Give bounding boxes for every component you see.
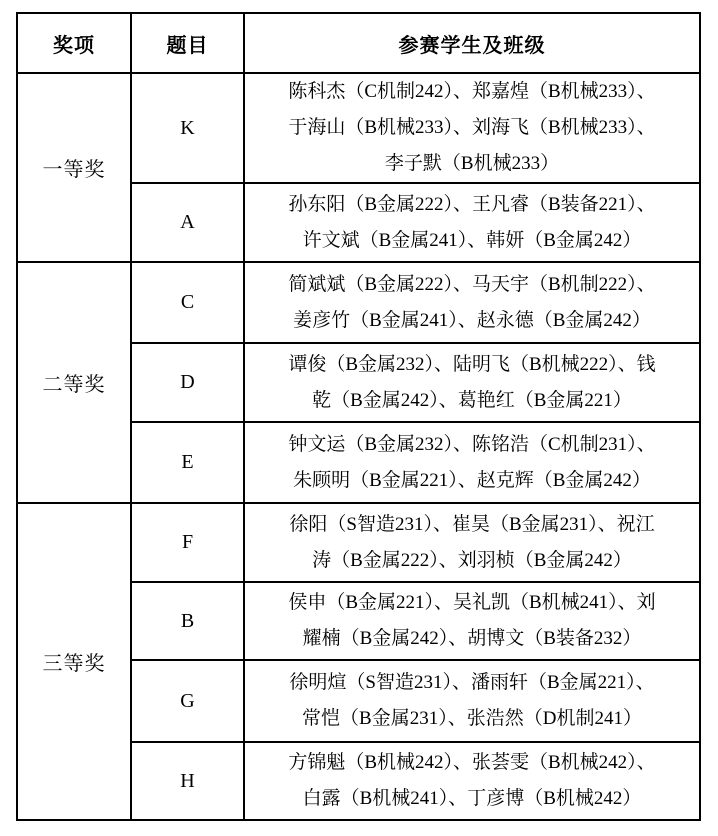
award-results-table: 奖项 题目 参赛学生及班级 一等奖 K 陈科杰（C机制242）、郑嘉煌（B机械2…	[16, 12, 701, 821]
topic-cell: E	[131, 422, 244, 503]
topic-cell: G	[131, 660, 244, 742]
students-cell: 徐阳（S智造231）、崔昊（B金属231）、祝江 涛（B金属222）、刘羽桢（B…	[244, 503, 700, 582]
award-cell-third-prize: 三等奖	[17, 503, 131, 820]
students-cell: 孙东阳（B金属222）、王凡睿（B装备221）、 许文斌（B金属241）、韩妍（…	[244, 183, 700, 262]
topic-cell: D	[131, 343, 244, 422]
students-cell: 陈科杰（C机制242）、郑嘉煌（B机械233）、 于海山（B机械233）、刘海飞…	[244, 73, 700, 183]
students-cell: 侯申（B金属221）、吴礼凯（B机械241）、刘 耀楠（B金属242）、胡博文（…	[244, 582, 700, 660]
topic-cell: F	[131, 503, 244, 582]
students-cell: 方锦魁（B机械242）、张荟雯（B机械242）、 白露（B机械241）、丁彦博（…	[244, 742, 700, 820]
students-cell: 简斌斌（B金属222）、马天宇（B机制222）、 姜彦竹（B金属241）、赵永德…	[244, 262, 700, 343]
table-row: 二等奖 C 简斌斌（B金属222）、马天宇（B机制222）、 姜彦竹（B金属24…	[17, 262, 700, 343]
students-cell: 徐明煊（S智造231）、潘雨轩（B金属221）、 常恺（B金属231）、张浩然（…	[244, 660, 700, 742]
topic-cell: C	[131, 262, 244, 343]
students-cell: 谭俊（B金属232）、陆明飞（B机械222）、钱 乾（B金属242）、葛艳红（B…	[244, 343, 700, 422]
award-cell-second-prize: 二等奖	[17, 262, 131, 503]
column-header-award: 奖项	[17, 13, 131, 73]
column-header-topic: 题目	[131, 13, 244, 73]
students-cell: 钟文运（B金属232）、陈铭浩（C机制231）、 朱顾明（B金属221）、赵克辉…	[244, 422, 700, 503]
award-cell-first-prize: 一等奖	[17, 73, 131, 262]
topic-cell: K	[131, 73, 244, 183]
topic-cell: A	[131, 183, 244, 262]
column-header-students: 参赛学生及班级	[244, 13, 700, 73]
topic-cell: B	[131, 582, 244, 660]
table-row: 三等奖 F 徐阳（S智造231）、崔昊（B金属231）、祝江 涛（B金属222）…	[17, 503, 700, 582]
topic-cell: H	[131, 742, 244, 820]
table-header-row: 奖项 题目 参赛学生及班级	[17, 13, 700, 73]
table-row: 一等奖 K 陈科杰（C机制242）、郑嘉煌（B机械233）、 于海山（B机械23…	[17, 73, 700, 183]
